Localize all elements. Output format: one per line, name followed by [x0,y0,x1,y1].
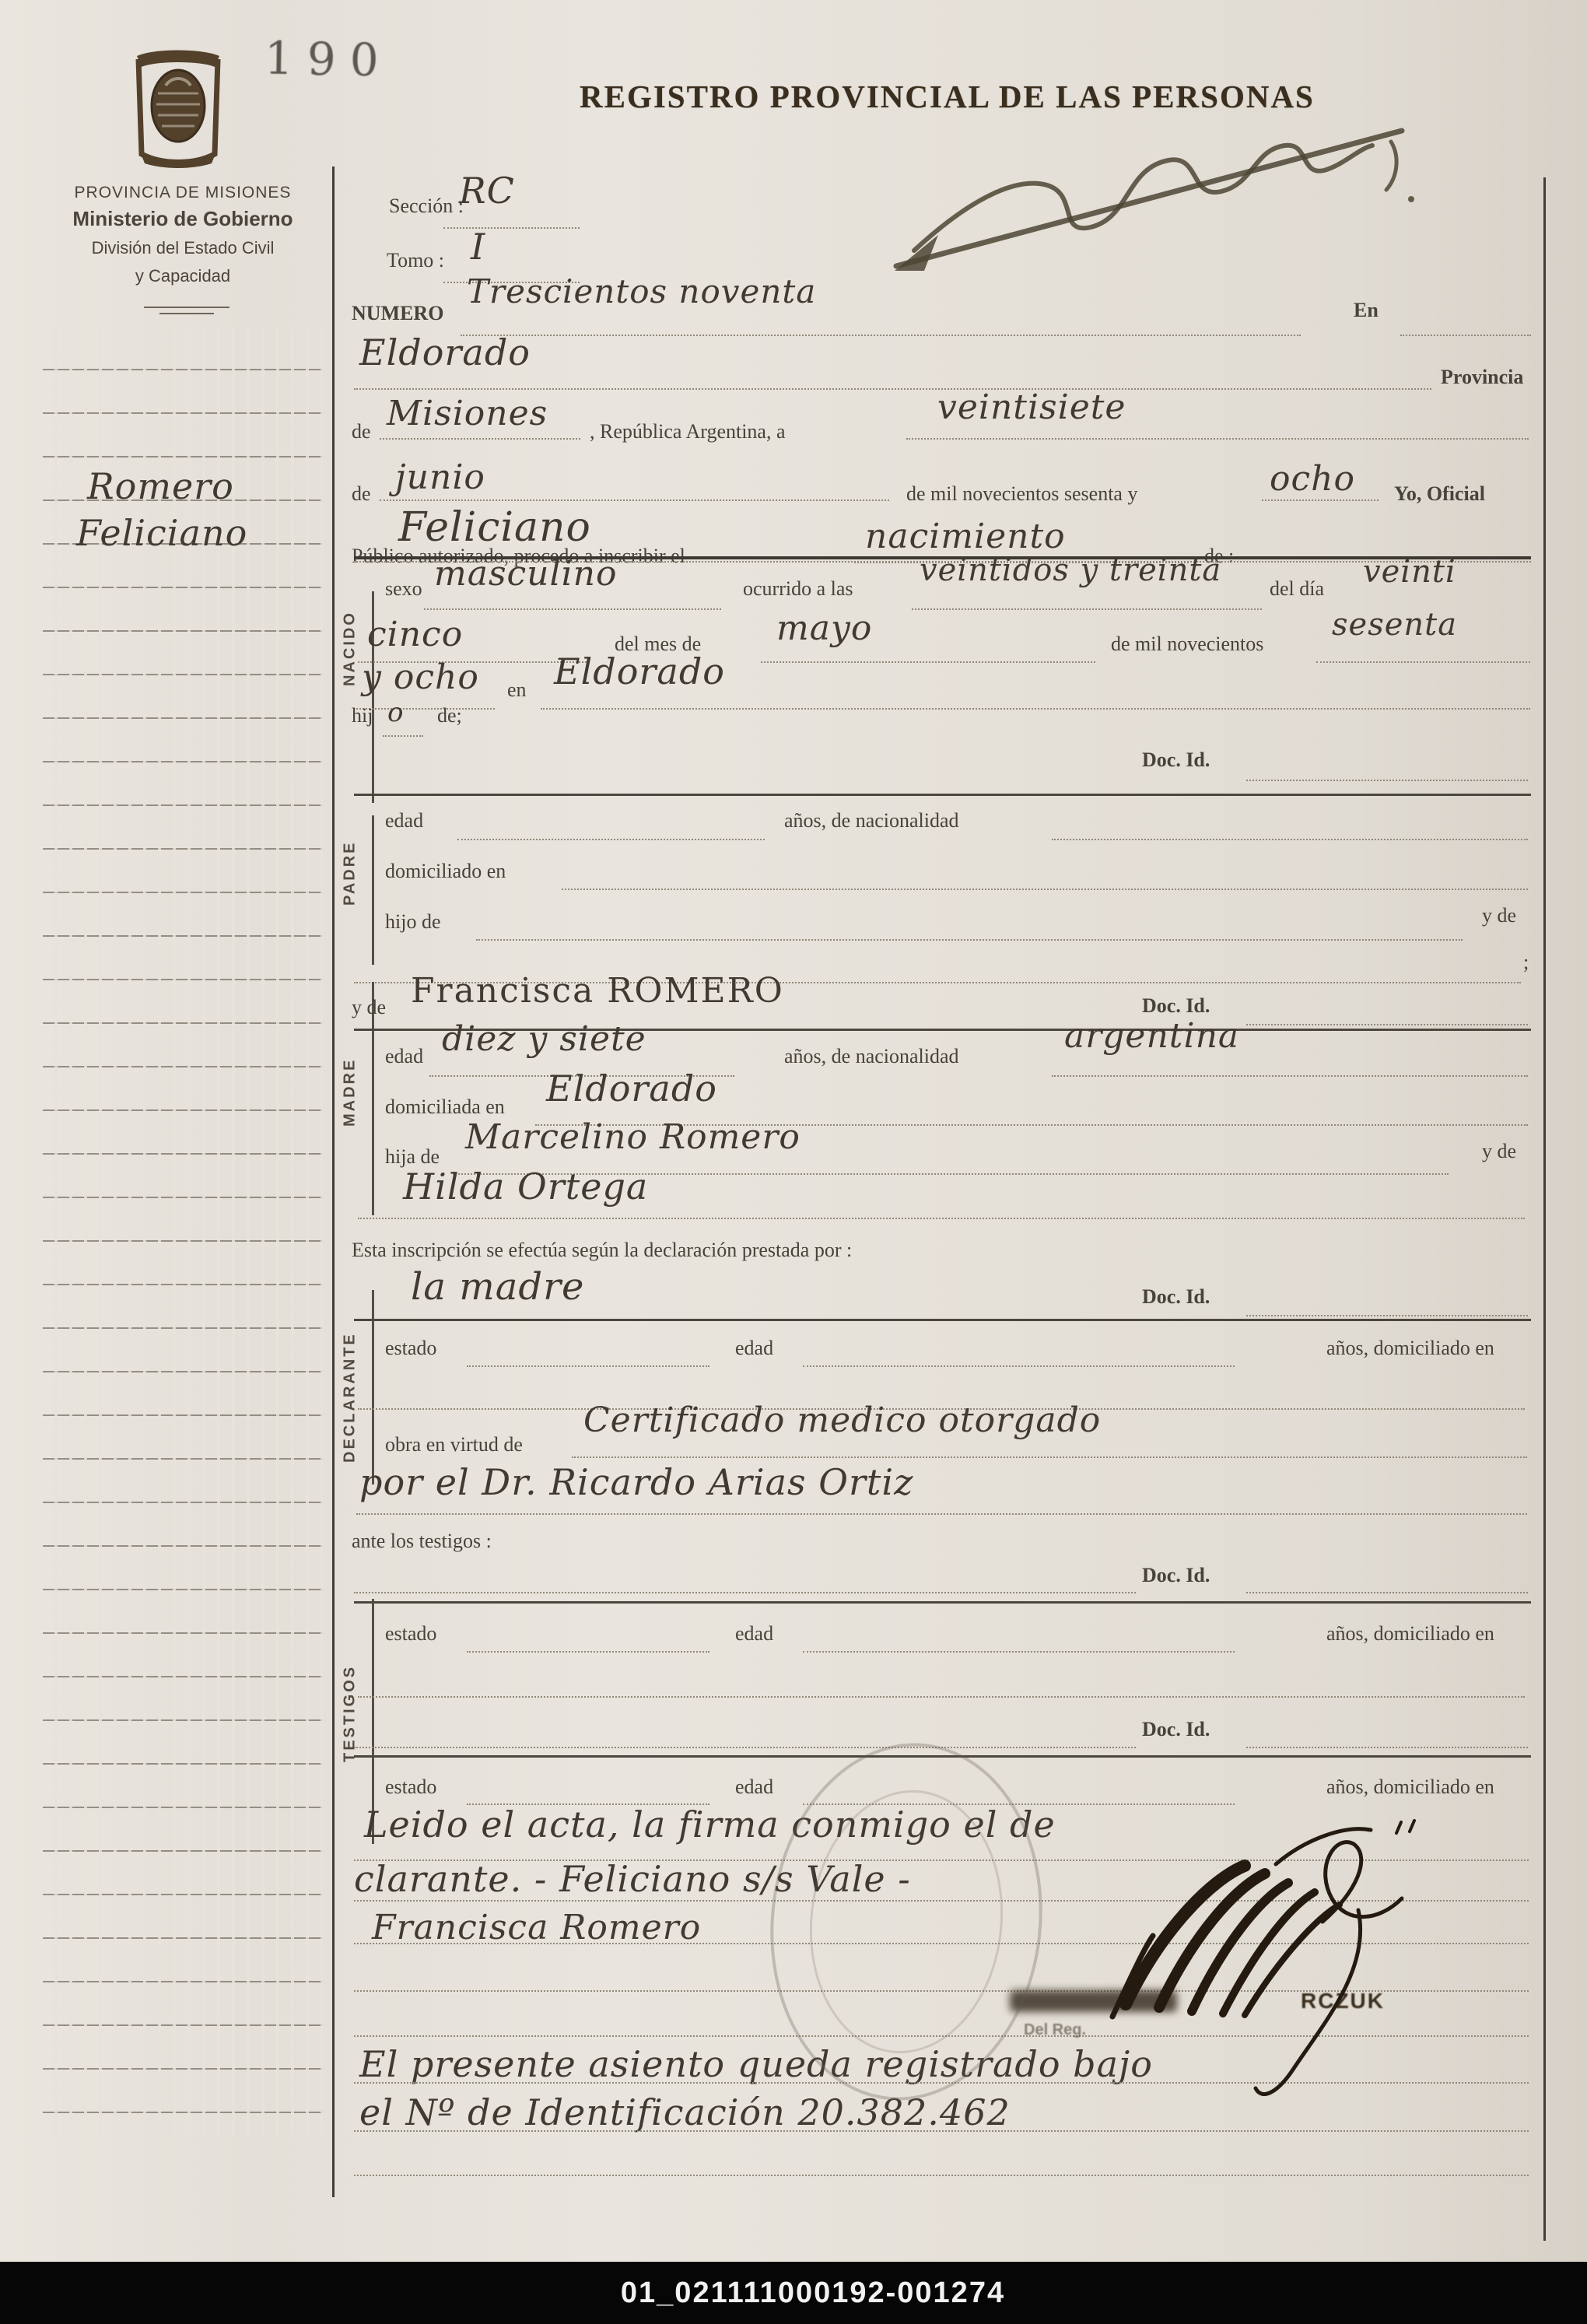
testigo2-top-line [354,1755,1531,1758]
ciudad-line [354,388,1431,390]
en-nacido-label: en [507,678,527,702]
section-label-declarante: DECLARANTE [340,1335,360,1460]
padre-hijo-line [476,939,1463,941]
numero-value: Trescientos noventa [467,272,816,310]
madre-nacionalidad-line [1052,1075,1528,1077]
testigo2-domicilio-label: años, domiciliado en [1326,1775,1494,1799]
madre-abuelo-value: Marcelino Romero [465,1117,801,1157]
declarante-estado-label: estado [385,1337,436,1360]
madre-y-de-label: y de [352,996,386,1019]
anio2-line [356,708,495,710]
madre-nacionalidad-label: años, de nacionalidad [784,1045,959,1068]
testigo1-edad-line [803,1651,1235,1653]
testigo1-edad-label: edad [735,1622,773,1646]
coat-of-arms-icon [131,45,226,168]
oficial-label: Yo, Oficial [1394,482,1485,506]
scan-code-text: 01_021111000192-001274 [621,2277,1005,2310]
letterhead-rule [144,307,229,308]
hijo-label: hij [352,704,373,727]
padre-nacionalidad-line [1052,839,1528,840]
cierre-line-3 [354,1943,1529,1944]
registrar-signature-icon [1112,1821,1414,2094]
tomo-label: Tomo : [387,249,444,272]
page-number-stamp: 190 [264,32,393,87]
madre-edad-value: diez y siete [442,1019,646,1059]
testigo1-domicilio-label: años, domiciliado en [1326,1622,1494,1646]
lugar-value: Eldorado [554,650,725,692]
dia-label: del día [1270,577,1324,601]
anio-label: de mil novecientos sesenta y [906,482,1137,506]
madre-nacionalidad-value: argentina [1064,1016,1239,1056]
margin-given-name: Feliciano [76,512,247,554]
declaracion-intro-label: Esta inscripción se efectúa según la dec… [352,1239,852,1262]
testigo2-doc-line-a [354,1747,1136,1748]
madre-edad-label: edad [385,1045,423,1068]
madre-nombre-value: Francisca ROMERO [411,971,784,1011]
sexo-label: sexo [385,577,422,601]
cierre-line-8 [354,2175,1529,2176]
madre-domicilio-label: domiciliada en [385,1095,505,1119]
declarante-estado-line [467,1365,709,1367]
asiento-linea1: El presente asiento queda registrado baj… [359,2043,1153,2085]
madre-abuela-line [358,1218,1525,1219]
letterhead-division2: y Capacidad [48,266,317,286]
testigo1-doc-line-a [354,1592,1136,1593]
padre-edad-line [457,839,765,840]
scan-code-bar: 01_021111000192-001274 [0,2262,1587,2324]
cierre-line-2 [354,1900,1529,1902]
nacido-nombre-value: Feliciano [398,504,591,551]
registrar-stamp-fragment: RCZUK [1301,1989,1385,2014]
firma-madre-value: Francisca Romero [372,1908,701,1947]
madre-y-de2-label: y de [1482,1140,1516,1163]
doc-id-madre-label: Doc. Id. [1142,994,1210,1018]
padre-bracket [372,815,374,965]
hora-line [912,608,1262,610]
padre-hijo-label: hijo de [385,910,441,934]
doc-id-testigo1-label: Doc. Id. [1142,1564,1210,1587]
en-line [1400,335,1531,336]
testigo2-estado-label: estado [385,1775,436,1799]
tomo-value: I [471,226,485,268]
registrar-stamp-subline: Del Reg. [1024,2021,1086,2039]
cierre-linea1: Leido el acta, la firma conmigo el de [364,1803,1056,1846]
dia-value-2: cinco [367,615,463,654]
testigo1-top-line [354,1601,1531,1604]
cierre-line-6 [354,2082,1529,2084]
anio-value-1: sesenta [1332,607,1457,643]
section-label-madre: MADRE [340,1049,360,1136]
certificado-line-1 [572,1456,1527,1458]
obra-label: obra en virtud de [385,1433,523,1456]
acto-value: nacimiento [865,517,1066,556]
mes-nacido-line [761,661,1095,663]
asiento-linea2: el Nº de Identificación 20.382.462 [359,2091,1011,2133]
anio-value-2: y ocho [362,657,479,697]
registrar-stamp-smudge [1010,1990,1177,2012]
section-label-testigos: TESTIGOS [340,1662,360,1765]
cierre-line-5 [354,2035,1529,2037]
doc-id-nacido-line [1246,780,1528,781]
certificado-value-2: por el Dr. Ricardo Arias Ortiz [359,1461,913,1503]
declarante-top-line [354,1319,1531,1321]
provincia-label: Provincia [1441,366,1523,389]
testigo2-doc-line-b [1246,1747,1528,1748]
cierre-line-7 [354,2130,1529,2132]
doc-id-declarante-line [1246,1315,1528,1316]
mes-value: junio [395,457,485,497]
mes-nacido-value: mayo [776,608,872,648]
declarante-edad-line [803,1365,1235,1367]
padre-domicilio-line [562,889,1528,890]
de2-label: de [352,482,371,506]
padre-edad-label: edad [385,809,423,833]
scanned-birth-certificate: 190 REGISTRO PROVINCIAL DE LAS PERSONAS … [0,0,1587,2324]
fecha-dia-line [906,438,1529,440]
testigo1-doc-line-b [1246,1592,1528,1593]
madre-abuela-value: Hilda Ortega [403,1166,648,1208]
hijo-value: o [387,697,404,728]
certificado-line-2 [356,1513,1527,1515]
testigos-intro-label: ante los testigos : [352,1530,492,1553]
de-label: de [352,420,371,443]
padre-nacionalidad-label: años, de nacionalidad [784,809,959,833]
provincia-line [380,438,580,440]
hijo-de-label: de; [437,704,462,727]
ciudad-value: Eldorado [359,331,531,373]
sexo-line [424,608,721,610]
lugar-line [541,708,1530,710]
declarante-domicilio-label: años, domiciliado en [1326,1337,1494,1360]
rubric-signature-icon [895,131,1414,271]
letterhead-ministry: Ministerio de Gobierno [48,207,317,231]
testigo1-estado-line [467,1651,709,1653]
anio-nacido-label: de mil novecientos [1111,633,1263,656]
numero-label: NUMERO [352,302,443,325]
fecha-dia-value: veintisiete [937,387,1126,427]
hora-value: veintidos y treinta [920,552,1221,588]
column-divider [332,167,335,2197]
certificado-value-1: Certificado medico otorgado [583,1400,1101,1440]
republica-label: , República Argentina, a [590,420,786,443]
anio-line [1262,500,1379,501]
numero-line [461,335,1301,336]
seccion-value: RC [459,170,515,212]
dia-value-1: veinti [1363,554,1456,590]
doc-id-declarante-label: Doc. Id. [1142,1285,1210,1309]
letterhead-province: PROVINCIA DE MISIONES [48,184,317,202]
seccion-label: Sección : [389,195,464,218]
seccion-line [443,227,580,229]
right-border [1543,177,1546,2241]
nacido-section-end-line [354,794,1531,796]
page-title: REGISTRO PROVINCIAL DE LAS PERSONAS [580,78,1295,115]
ocurrido-label: ocurrido a las [743,577,853,601]
section-label-padre: PADRE [340,829,360,917]
en-label: En [1354,299,1379,322]
padre-domicilio-label: domiciliado en [385,860,506,883]
letterhead-rule-2 [159,313,214,314]
madre-domicilio-value: Eldorado [546,1067,717,1109]
anio-value: ocho [1270,459,1355,499]
testigo1-empty-line [358,1696,1525,1698]
padre-y-de-label: y de [1482,904,1516,927]
declarante-value: la madre [411,1265,584,1309]
margin-surname: Romero [87,465,234,507]
section-label-nacido: NACIDO [340,598,360,700]
doc-id-nacido-label: Doc. Id. [1142,748,1210,772]
margin-ruled-lines [43,327,323,2136]
sexo-value: masculino [434,554,618,594]
testigo2-edad-label: edad [735,1775,773,1799]
padre-semicolon: ; [1523,951,1529,974]
provincia-value: Misiones [387,394,548,433]
cierre-linea2: clarante. - Feliciano s/s Vale - [354,1858,911,1900]
letterhead-division: División del Estado Civil [48,238,317,258]
hijo-line [383,735,423,737]
mes-line [380,500,889,501]
testigo1-estado-label: estado [385,1622,436,1646]
anio-nacido-line [1316,661,1530,663]
doc-id-madre-line [1246,1024,1528,1025]
doc-id-testigo2-label: Doc. Id. [1142,1718,1210,1741]
declarante-edad-label: edad [735,1337,773,1360]
